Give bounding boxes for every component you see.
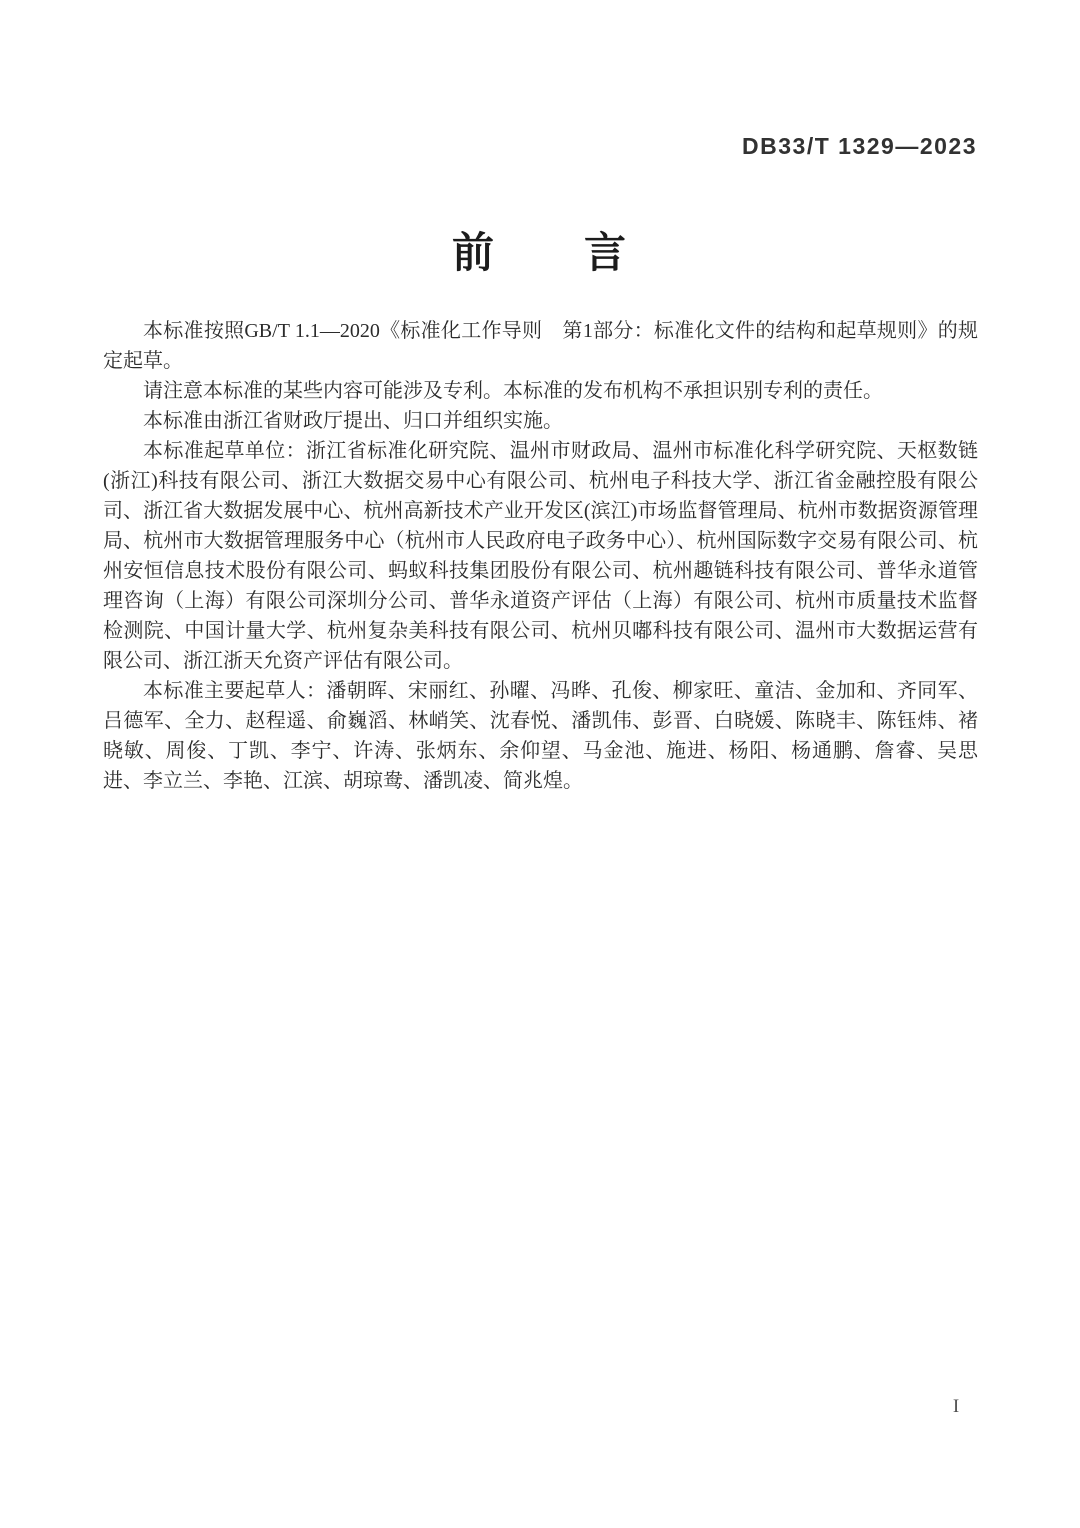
page-number: I (936, 1396, 976, 1418)
document-code: DB33/T 1329—2023 (103, 133, 977, 160)
page-title: 前 言 (0, 220, 1080, 280)
document-page: DB33/T 1329—2023 前 言 本标准按照GB/T 1.1—2020《… (0, 0, 1080, 1528)
drafting-basis-paragraph: 本标准按照GB/T 1.1—2020《标准化工作导则 第1部分：标准化文件的结构… (103, 316, 978, 376)
patent-notice-paragraph: 请注意本标准的某些内容可能涉及专利。本标准的发布机构不承担识别专利的责任。 (103, 376, 978, 406)
proposer-paragraph: 本标准由浙江省财政厅提出、归口并组织实施。 (103, 406, 978, 436)
drafters-paragraph: 本标准主要起草人：潘朝晖、宋丽红、孙曜、冯晔、孔俊、柳家旺、童洁、金加和、齐同军… (103, 676, 978, 796)
document-body: 本标准按照GB/T 1.1—2020《标准化工作导则 第1部分：标准化文件的结构… (103, 316, 978, 796)
drafting-units-paragraph: 本标准起草单位：浙江省标准化研究院、温州市财政局、温州市标准化科学研究院、天枢数… (103, 436, 978, 676)
